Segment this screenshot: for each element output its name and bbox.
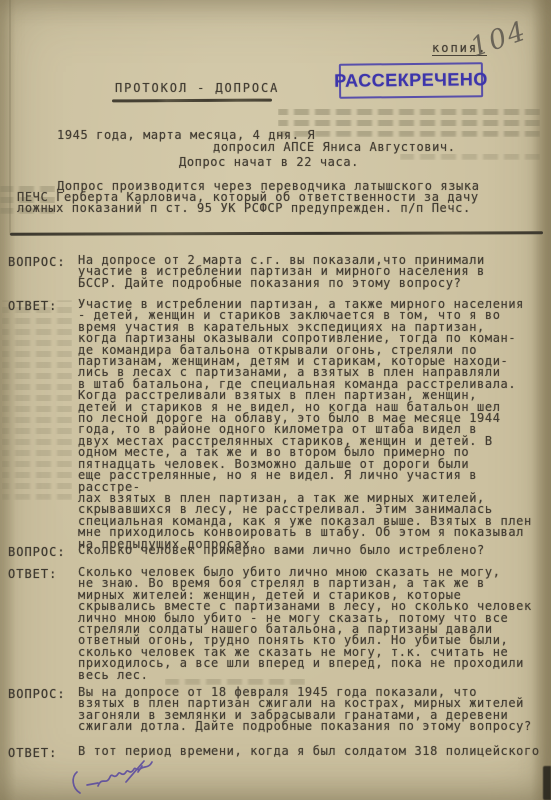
translator-note: Допрос производится через переводчика ла… — [17, 181, 527, 213]
answer-label: ОТВЕТ: — [8, 567, 57, 581]
declassified-stamp: РАССЕКРЕЧЕНО — [339, 62, 483, 99]
question-text: Сколько человек примерно вами лично было… — [78, 545, 544, 556]
question-label: ВОПРОС: — [8, 545, 66, 559]
answer-text: Участие в истреблении партизан, а также … — [78, 299, 544, 550]
interrogated-person-line: допросил АПСЕ Яниса Августович. — [213, 142, 456, 153]
section-divider-line — [10, 231, 543, 235]
answer-block-1: ОТВЕТ: Участие в истреблении партизан, а… — [0, 299, 551, 550]
title-underline — [112, 99, 272, 102]
question-label: ВОПРОС: — [8, 687, 66, 701]
answer-label: ОТВЕТ: — [8, 299, 57, 313]
answer-text: Сколько человек было убито лично мною ск… — [78, 567, 544, 681]
scanned-document-page: копия. 104 РАССЕКРЕЧЕНО ПРОТОКОЛ - ДОПРО… — [0, 0, 551, 800]
answer-label: ОТВЕТ: — [8, 746, 57, 760]
handwritten-page-number: 104 — [467, 15, 532, 63]
document-title: ПРОТОКОЛ - ДОПРОСА — [115, 82, 279, 95]
answer-block-2: ОТВЕТ: Сколько человек было убито лично … — [0, 567, 551, 681]
question-label: ВОПРОС: — [8, 255, 66, 269]
signature-scribble — [68, 752, 178, 798]
question-text: Вы на допросе от 18 февраля 1945 года по… — [78, 687, 544, 733]
interrogation-start-line: Допрос начат в 22 часа. — [179, 157, 359, 168]
bleedthrough-texture — [278, 104, 540, 137]
declassified-stamp-text: РАССЕКРЕЧЕНО — [334, 69, 488, 92]
question-block-3: ВОПРОС: Вы на допросе от 18 февраля 1945… — [0, 687, 551, 733]
question-block-2: ВОПРОС: Сколько человек примерно вами ли… — [0, 545, 551, 556]
scan-edge-mark — [543, 766, 551, 800]
question-block-1: ВОПРОС: На допросе от 2 марта с.г. вы по… — [0, 255, 551, 289]
question-text: На допросе от 2 марта с.г. вы показали,ч… — [78, 255, 544, 289]
